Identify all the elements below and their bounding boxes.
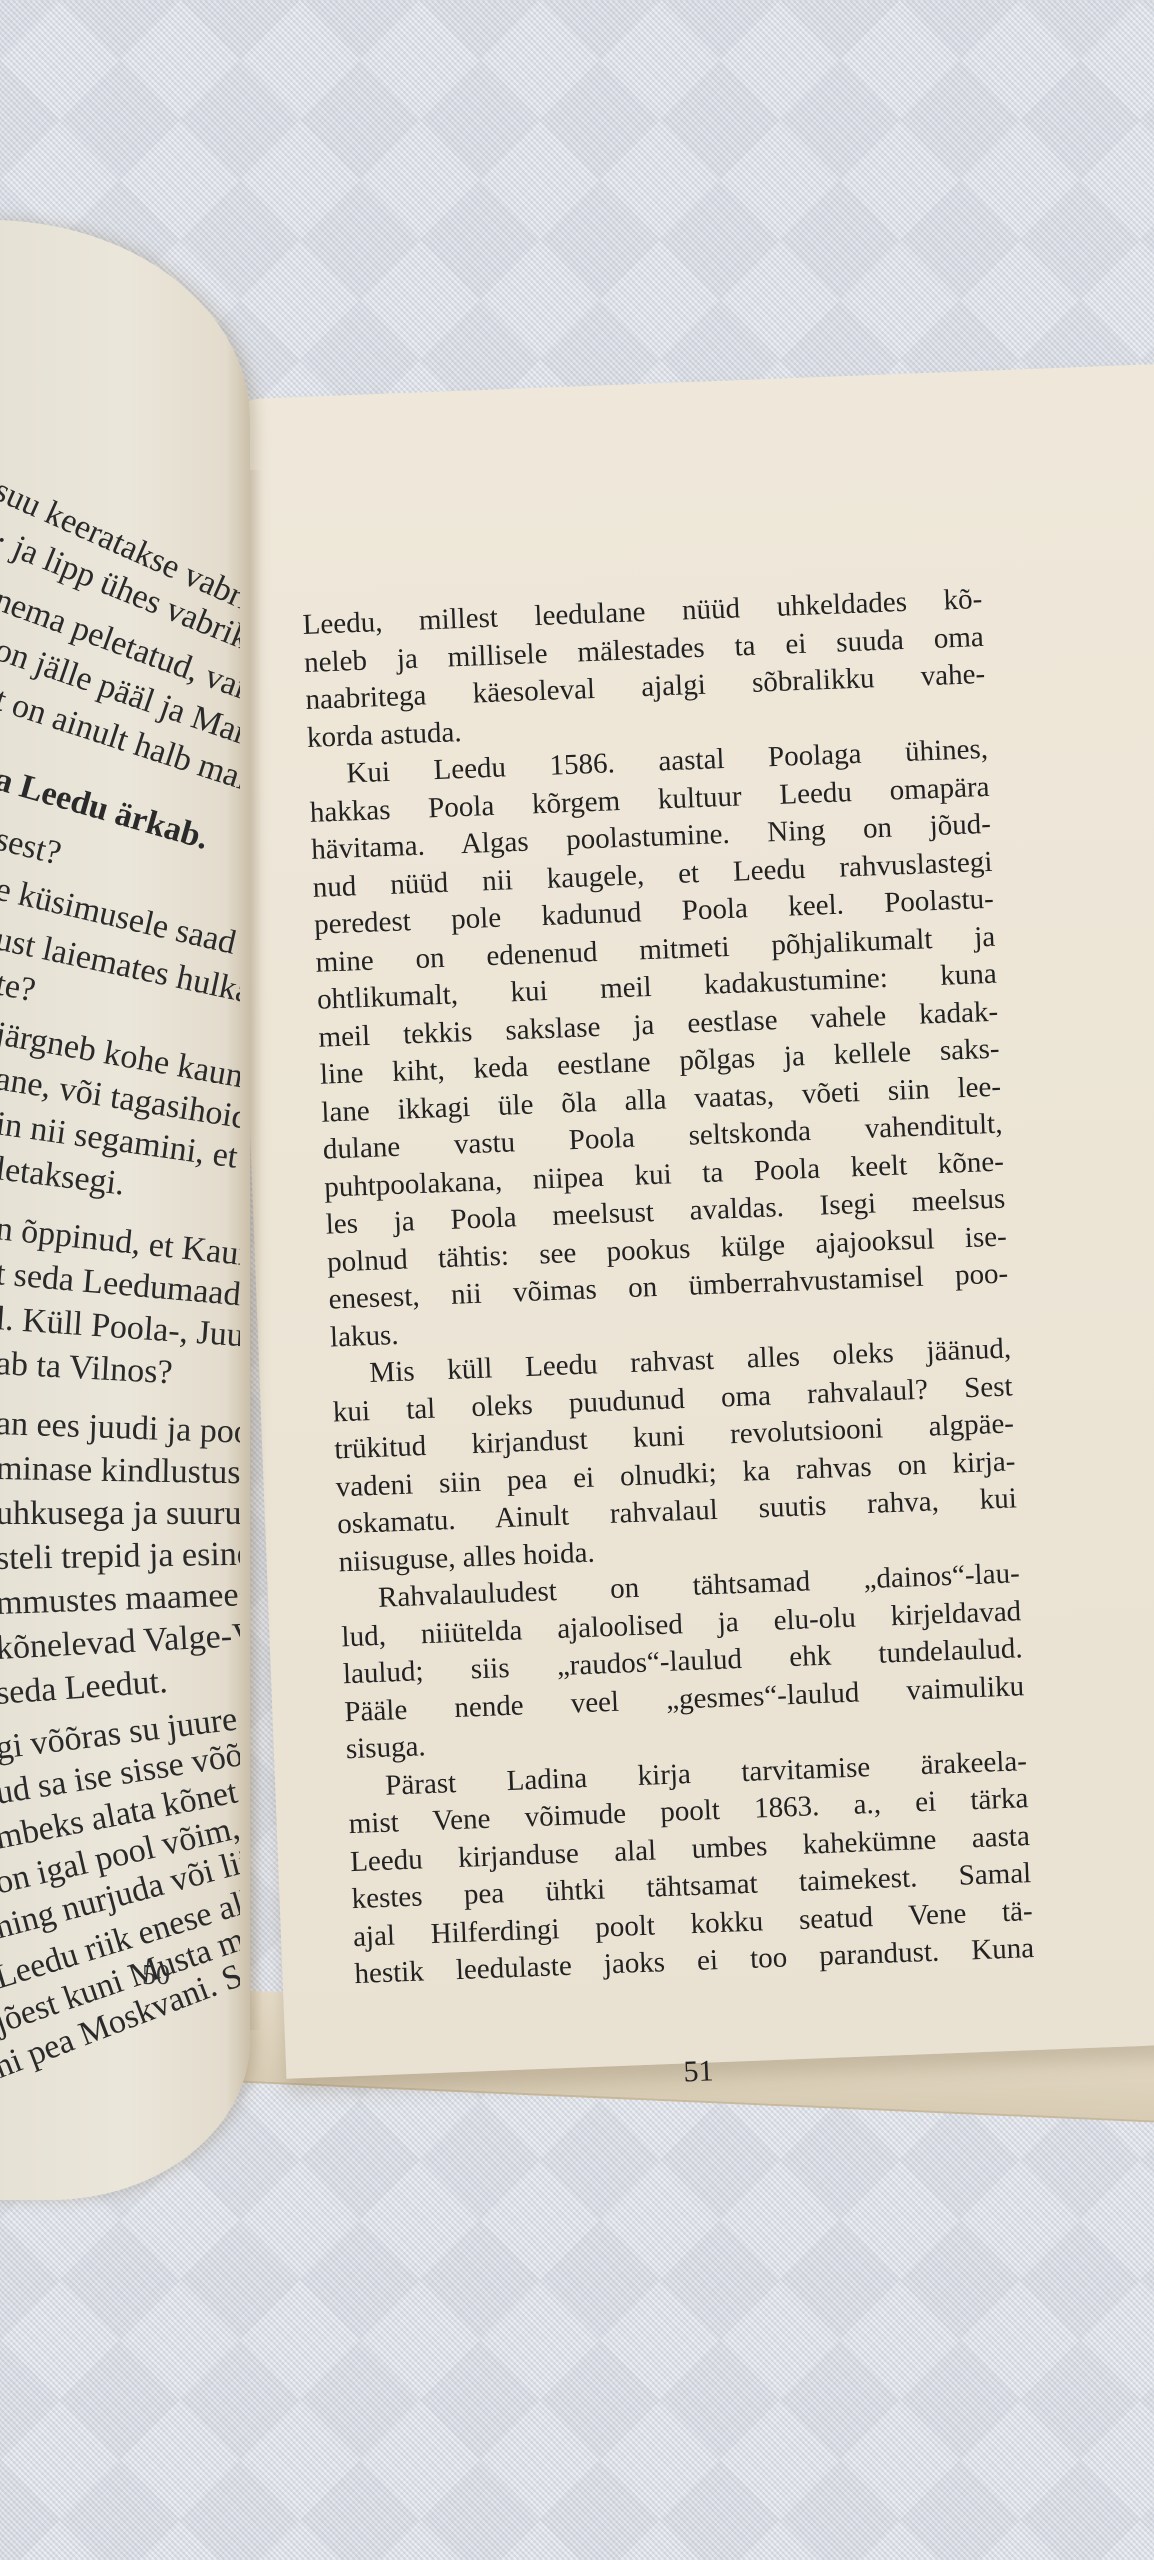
- text-line: kõnelevad Valge-Vene: [0, 1614, 240, 1668]
- paragraph: Leedu, millest leedulane nüüd uhkeldades…: [302, 581, 987, 757]
- text-line: an ees juudi ja poola: [0, 1405, 240, 1453]
- text-line: mmustes maameestest ja: [0, 1573, 240, 1623]
- text-line: minase kindlustuse varemed: [0, 1450, 240, 1495]
- right-page-body: Leedu, millest leedulane nüüd uhkeldades…: [302, 581, 1035, 1994]
- right-page: Leedu, millest leedulane nüüd uhkeldades…: [222, 363, 1154, 2079]
- paragraph: Pärast Ladina kirja tarvitamise ärakeela…: [347, 1743, 1035, 1994]
- paragraph: Kui Leedu 1586. aastal Poolaga ühines, h…: [308, 731, 1011, 1357]
- text-line: seda Leedut.: [0, 1663, 169, 1713]
- left-page-body: suu keeratakse vabrikut vastu · ja lipp …: [0, 220, 240, 2200]
- left-page: suu keeratakse vabrikut vastu · ja lipp …: [0, 220, 250, 2200]
- paragraph: Mis küll Leedu rahvast alles oleks jäänu…: [331, 1330, 1019, 1581]
- text-line: ab ta Vilnos?: [0, 1345, 174, 1392]
- text-line: uhkusega ja suurusega.: [0, 1495, 240, 1533]
- page-number: 50: [142, 1960, 170, 1992]
- text-line: sest?: [0, 821, 65, 874]
- paragraph: Rahvalauludest on tähtsamad „dainos“-lau…: [339, 1555, 1026, 1768]
- text-line: steli trepid ja esine on: [0, 1535, 240, 1578]
- text-line: te?: [0, 965, 39, 1010]
